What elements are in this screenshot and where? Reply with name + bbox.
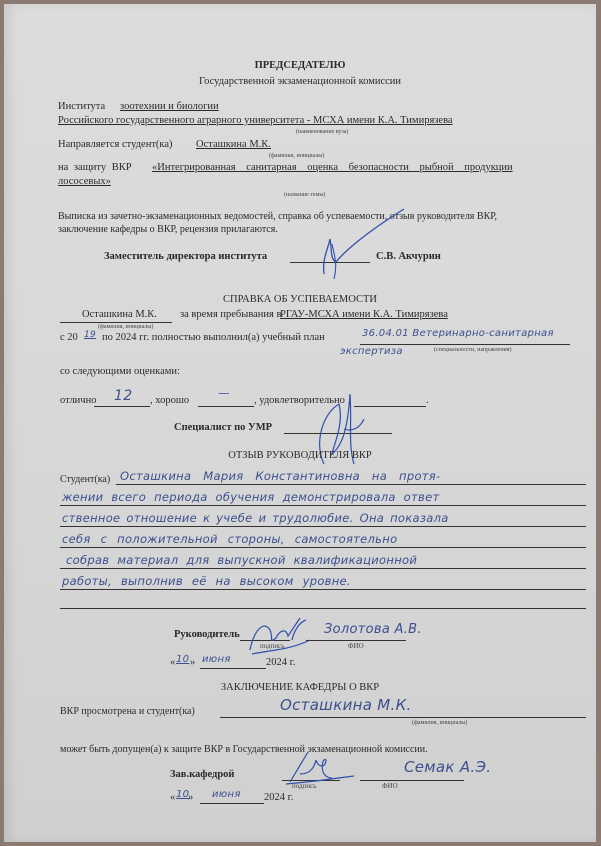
head-signature-caption: подпись [292, 782, 316, 790]
student-value: Осташкина М.К. [196, 139, 271, 150]
good-line [198, 406, 254, 407]
document-title: ПРЕДСЕДАТЕЛЮ [4, 60, 596, 71]
admitted-text: может быть допущен(а) к защите ВКР в Гос… [60, 744, 428, 755]
topic-line-1: «Интегрированная санитарная оценка безоп… [152, 162, 513, 173]
period-from-year: 19 [84, 330, 96, 340]
supervisor-label: Руководитель [174, 629, 240, 640]
document-subtitle: Государственной экзаменационной комиссии [4, 76, 596, 87]
supervisor-signature-icon [240, 610, 320, 660]
specialty-line [360, 344, 570, 345]
conclusion-date-quote-open: « [170, 792, 175, 803]
conclusion-date-month: июня [212, 789, 241, 800]
review-text-line-2: жении всего периода обучения демонстриро… [62, 490, 439, 504]
review-date-month: июня [202, 654, 231, 665]
period-text: по 2024 гг. полностью выполнил(а) учебны… [102, 332, 325, 343]
conclusion-date-year: 2024 г. [264, 792, 293, 803]
institute-label: Института [58, 101, 105, 112]
review-line-3 [60, 526, 586, 527]
university-caption: (наименование вуза) [296, 129, 348, 135]
period-from-prefix: с 20 [60, 332, 78, 343]
specialty-handwritten-1: 36.04.01 Ветеринарно-санитарная [362, 328, 554, 339]
review-line-2 [60, 505, 586, 506]
excellent-label: отлично [60, 395, 96, 406]
specialist-label: Специалист по УМР [174, 422, 272, 433]
review-line-4 [60, 547, 586, 548]
head-fio-caption: ФИО [382, 782, 398, 790]
conclusion-student: Осташкина М.К. [280, 696, 412, 714]
good-label: , хорошо [150, 395, 189, 406]
topic-caption: (название темы) [284, 192, 325, 198]
review-text-line-6: работы, выполнив её на высоком уровне. [62, 574, 351, 588]
grades-label: со следующими оценками: [60, 366, 180, 377]
document-page: ПРЕДСЕДАТЕЛЮ Государственной экзаменацио… [4, 4, 596, 842]
review-date-year: 2024 г. [266, 657, 295, 668]
specialty-caption: (специальности, направления) [434, 347, 512, 353]
supervisor-fio-line [306, 640, 406, 641]
deputy-name: С.В. Акчурин [376, 251, 441, 262]
review-line-1 [116, 484, 586, 485]
topic-line-2: лососевых» [58, 176, 111, 187]
attachments-line-2: заключение кафедры о ВКР, рецензия прила… [58, 224, 278, 235]
conclusion-title: ЗАКЛЮЧЕНИЕ КАФЕДРЫ О ВКР [4, 682, 596, 693]
review-date-month-line [200, 668, 266, 669]
supervisor-fio-caption: ФИО [348, 642, 364, 650]
stay-text: за время пребывания в [180, 309, 281, 320]
review-line-7 [60, 608, 586, 609]
head-name: Семак А.Э. [404, 758, 491, 776]
conclusion-student-caption: (фамилия, инициалы) [412, 720, 467, 726]
attachments-line-1: Выписка из зачетно-экзаменационных ведом… [58, 211, 497, 222]
performance-student-value: Осташкина М.К. [82, 309, 157, 320]
review-text-line-1: Осташкина Мария Константиновна на протя- [120, 469, 440, 483]
org-value: РГАУ-МСХА имени К.А. Тимирязева [280, 309, 448, 320]
head-label: Зав.кафедрой [170, 769, 234, 780]
conclusion-reviewed-label: ВКР просмотрена и студент(ка) [60, 706, 195, 717]
student-caption: (фамилия, инициалы) [269, 153, 324, 159]
student-label: Направляется студент(ка) [58, 139, 173, 150]
excellent-value: 12 [114, 388, 132, 404]
excellent-line [94, 406, 150, 407]
review-title: ОТЗЫВ РУКОВОДИТЕЛЯ ВКР [4, 450, 596, 461]
deputy-label: Заместитель директора института [104, 251, 267, 262]
supervisor-signature-caption: подпись [260, 642, 284, 650]
review-text-line-5: собрав материал для выпускной квалификац… [66, 553, 417, 567]
defense-label: на защиту ВКР [58, 162, 132, 173]
conclusion-date-quote-close: » [188, 792, 193, 803]
supervisor-name: Золотова А.В. [324, 622, 422, 637]
review-date-day: 10 [176, 654, 189, 665]
review-date-quote-open: « [170, 657, 175, 668]
good-value: — [218, 386, 230, 400]
review-line-5 [60, 568, 586, 569]
specialty-handwritten-2: экспертиза [340, 346, 403, 357]
head-fio-line [360, 780, 464, 781]
institute-value: зоотехнии и биологии [120, 101, 219, 112]
deputy-signature-icon [294, 204, 424, 284]
university-value: Российского государственного аграрного у… [58, 115, 453, 126]
review-student-label: Студент(ка) [60, 474, 110, 485]
performance-title: СПРАВКА ОБ УСПЕВАЕМОСТИ [4, 294, 596, 305]
review-text-line-3: ственное отношение к учебе и трудолюбие.… [62, 511, 449, 525]
review-date-quote-close: » [190, 657, 195, 668]
conclusion-date-month-line [200, 803, 264, 804]
review-line-6 [60, 589, 586, 590]
performance-student-line [60, 322, 172, 323]
review-text-line-4: себя с положительной стороны, самостояте… [62, 532, 397, 546]
conclusion-student-line [220, 717, 586, 718]
head-signature-icon [282, 738, 362, 788]
end-dot: . [426, 395, 429, 406]
performance-student-caption: (фамилия, инициалы) [98, 324, 153, 330]
